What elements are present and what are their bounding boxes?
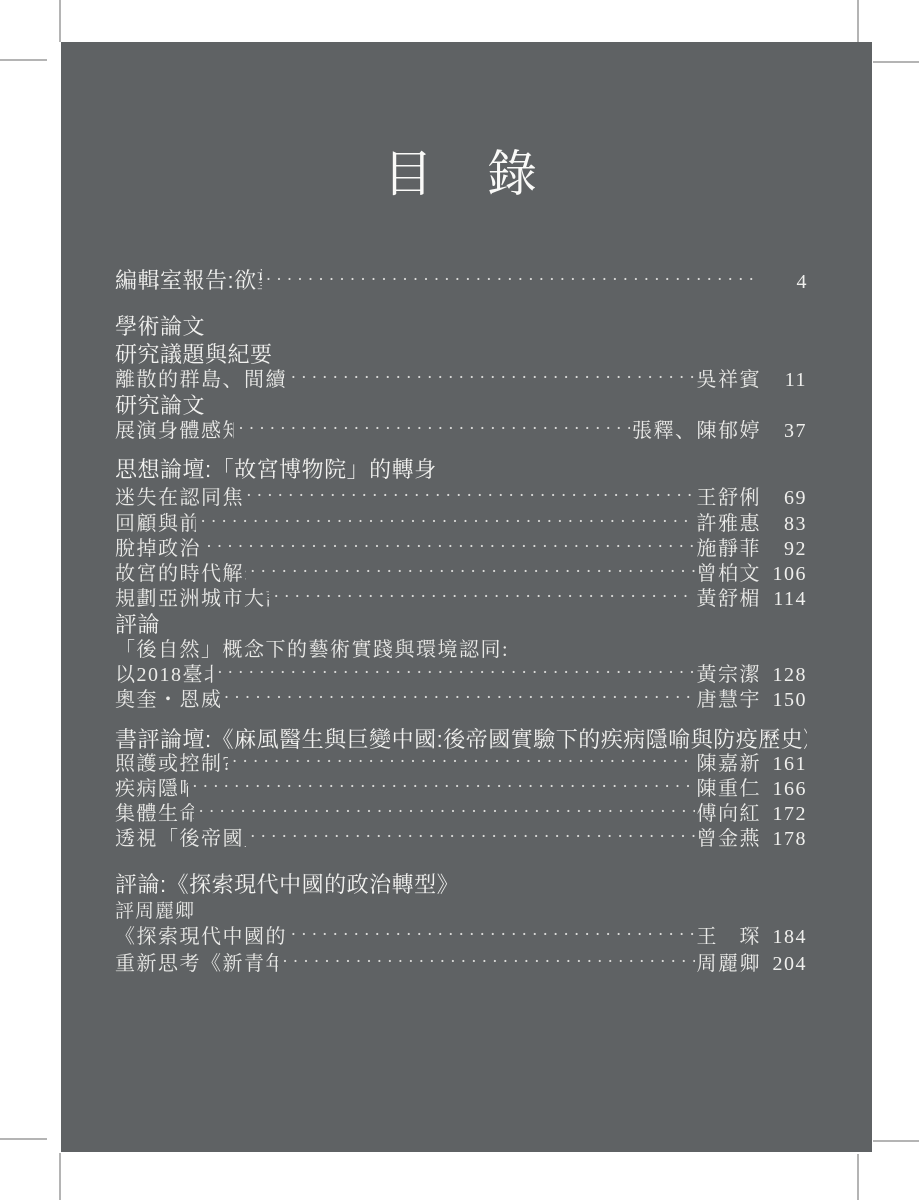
toc-entry-row: 透視「後帝國」:生命史、防疫史、社會政治史 ··················… bbox=[115, 827, 807, 852]
dotted-leader: ········································… bbox=[202, 534, 694, 559]
subsection-title: 研究議題與紀要 bbox=[115, 342, 273, 367]
crop-mark-bottom-left-vertical bbox=[59, 1153, 61, 1200]
dotted-leader: ········································… bbox=[246, 824, 695, 849]
page-number: 178 bbox=[761, 827, 807, 852]
entry-title: 規劃亞洲城市大計:回顧故宮南院落腳嘉義太保的規劃足跡 bbox=[115, 587, 269, 612]
page-number: 37 bbox=[761, 419, 807, 444]
dotted-leader: ········································… bbox=[234, 416, 630, 441]
entry-title: 疾病隱喻下的底層之聲 bbox=[115, 777, 188, 802]
entry-title: 展演身體感知及其作爲博物館研究的方法之芻議 bbox=[115, 419, 234, 444]
crop-mark-top-right-horizontal bbox=[873, 61, 919, 63]
dotted-leader: ········································… bbox=[286, 365, 694, 390]
author-name: 許雅惠 bbox=[697, 512, 762, 537]
toc-section-header: 評論 bbox=[115, 612, 807, 637]
toc-subsection-header: 研究論文 bbox=[115, 393, 807, 418]
author-name: 吳祥賓 bbox=[697, 368, 762, 393]
author-name: 王 琛 bbox=[697, 925, 762, 950]
page-number: 172 bbox=[761, 802, 807, 827]
entry-title: 回顧與前瞻:談故宮的定位 bbox=[115, 512, 196, 537]
entry-title: 集體生命史的洞見與不見 bbox=[115, 802, 194, 827]
author-name: 黃舒楣 bbox=[697, 587, 762, 612]
crop-mark-bottom-right-vertical bbox=[857, 1154, 859, 1200]
toc-entry-row: 編輯室報告:欲望與框座:藝術實踐的「轉身」 ··················… bbox=[115, 268, 807, 295]
crop-mark-bottom-left-horizontal bbox=[0, 1138, 47, 1140]
author-name: 陳重仁 bbox=[697, 777, 762, 802]
entry-title: 脫掉政治的緊箍咒,轉向專業 bbox=[115, 537, 202, 562]
page-number: 69 bbox=[761, 486, 807, 511]
dotted-leader: ········································… bbox=[242, 483, 695, 508]
dotted-leader: ········································… bbox=[246, 559, 695, 584]
toc-entry-row: 重新思考《新青年》與五四新文化運動:對王琛學者書評的回應 ···········… bbox=[115, 952, 807, 977]
dotted-leader: ········································… bbox=[188, 774, 695, 799]
dotted-leader: ········································… bbox=[269, 584, 694, 609]
toc-section-header: 思想論壇:「故宮博物院」的轉身 bbox=[115, 457, 807, 482]
toc-section-header: 評論:《探索現代中國的政治轉型》 bbox=[115, 872, 807, 897]
entry-title: 奧奎・恩威佐:全球策展與典範轉移 bbox=[115, 688, 220, 713]
page-number: 11 bbox=[761, 368, 807, 393]
author-name: 唐慧宇 bbox=[697, 688, 762, 713]
author-name: 施靜菲 bbox=[697, 537, 762, 562]
toc-entry-row: 迷失在認同焦慮中的「臺北」「故宮」博物院 ···················… bbox=[115, 486, 807, 511]
page-number: 4 bbox=[761, 270, 807, 295]
page-number: 166 bbox=[761, 777, 807, 802]
page-title: 目 錄 bbox=[115, 146, 807, 202]
entry-title: 《探索現代中國的政治轉型:〈新青年〉與民初的政治、社會思潮》 bbox=[115, 925, 286, 950]
dotted-leader: ········································… bbox=[213, 660, 695, 685]
toc-entry-row: 《探索現代中國的政治轉型:〈新青年〉與民初的政治、社會思潮》 ·········… bbox=[115, 925, 807, 950]
author-name: 曾柏文 bbox=[697, 562, 762, 587]
sublabel-text: 評周麗卿 bbox=[115, 900, 195, 923]
dotted-leader: ········································… bbox=[278, 949, 695, 974]
toc-content: 目 錄 編輯室報告:欲望與框座:藝術實踐的「轉身」 ··············… bbox=[115, 42, 807, 1152]
section-title: 評論 bbox=[115, 612, 160, 637]
crop-mark-top-left-vertical bbox=[59, 0, 61, 42]
document-page: 目 錄 編輯室報告:欲望與框座:藝術實踐的「轉身」 ··············… bbox=[61, 42, 872, 1152]
toc-entry-row: 展演身體感知及其作爲博物館研究的方法之芻議 ··················… bbox=[115, 419, 807, 444]
dotted-leader: ········································… bbox=[196, 509, 694, 534]
author-name: 陳嘉新 bbox=[697, 752, 762, 777]
toc-section-header: 學術論文 bbox=[115, 314, 807, 339]
dotted-leader: ········································… bbox=[228, 749, 695, 774]
dotted-leader: ········································… bbox=[286, 922, 694, 947]
author-name: 黃宗潔 bbox=[697, 663, 762, 688]
entry-title: 透視「後帝國」:生命史、防疫史、社會政治史 bbox=[115, 827, 246, 852]
dotted-leader: ········································… bbox=[220, 685, 695, 710]
entry-title: 重新思考《新青年》與五四新文化運動:對王琛學者書評的回應 bbox=[115, 952, 278, 977]
toc-subsection-header: 研究議題與紀要 bbox=[115, 342, 807, 367]
page-number: 114 bbox=[761, 587, 807, 612]
section-title: 學術論文 bbox=[115, 314, 205, 339]
entry-title: 離散的群島、間續的系譜:一部臺灣基進性創作之「剩餘史」的可能 bbox=[115, 368, 286, 393]
toc-entry-row: 奧奎・恩威佐:全球策展與典範轉移 ·······················… bbox=[115, 688, 807, 713]
section-title: 思想論壇:「故宮博物院」的轉身 bbox=[115, 457, 437, 482]
page-number: 184 bbox=[761, 925, 807, 950]
page-number: 92 bbox=[761, 537, 807, 562]
dotted-leader: ········································… bbox=[262, 267, 759, 292]
page-number: 161 bbox=[761, 752, 807, 777]
page-number: 128 bbox=[761, 663, 807, 688]
crop-mark-top-right-vertical bbox=[857, 0, 859, 44]
toc-entry-row: 離散的群島、間續的系譜:一部臺灣基進性創作之「剩餘史」的可能 ·········… bbox=[115, 368, 807, 393]
page-number: 150 bbox=[761, 688, 807, 713]
entry-title: 故宮的時代解:人本主義、策展框架、科技設計 bbox=[115, 562, 246, 587]
author-name: 周麗卿 bbox=[697, 952, 762, 977]
entry-title: 迷失在認同焦慮中的「臺北」「故宮」博物院 bbox=[115, 486, 242, 511]
entry-title: 以2018臺北雙年展爲核心的討論 bbox=[115, 663, 213, 688]
section-title: 評論:《探索現代中國的政治轉型》 bbox=[115, 872, 459, 897]
crop-mark-bottom-right-horizontal bbox=[873, 1140, 919, 1142]
dotted-leader: ········································… bbox=[194, 799, 694, 824]
toc-entry-row: 規劃亞洲城市大計:回顧故宮南院落腳嘉義太保的規劃足跡 ·············… bbox=[115, 587, 807, 612]
page-number: 106 bbox=[761, 562, 807, 587]
toc-sublabel: 評周麗卿 bbox=[115, 900, 807, 923]
subsection-title: 研究論文 bbox=[115, 393, 205, 418]
author-name: 王舒俐 bbox=[697, 486, 762, 511]
page-number: 204 bbox=[761, 952, 807, 977]
crop-mark-top-left-horizontal bbox=[0, 59, 47, 61]
page-number: 83 bbox=[761, 512, 807, 537]
author-name: 傅向紅 bbox=[697, 802, 762, 827]
entry-title: 編輯室報告:欲望與框座:藝術實踐的「轉身」 bbox=[115, 268, 262, 293]
author-name: 張釋、陳郁婷 bbox=[632, 419, 761, 444]
author-name: 曾金燕 bbox=[697, 827, 762, 852]
